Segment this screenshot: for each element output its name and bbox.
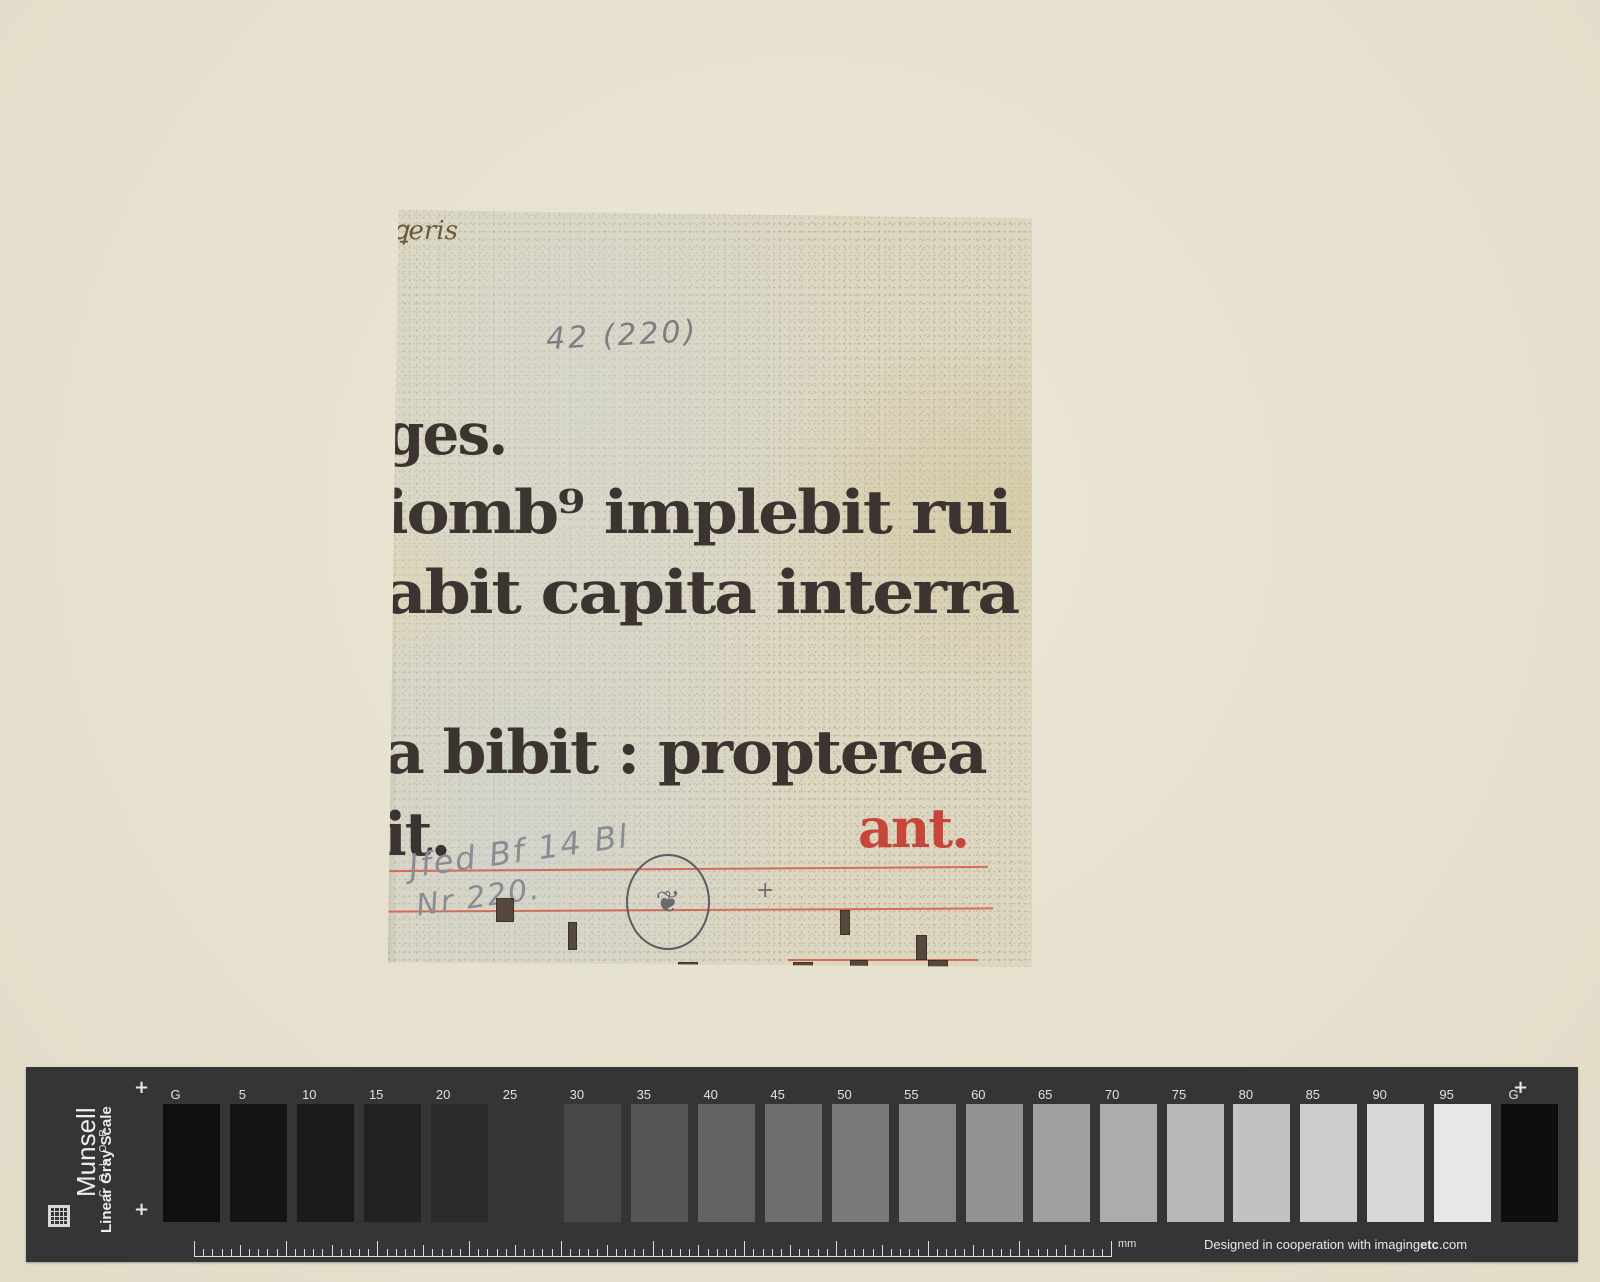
ruler-tick xyxy=(909,1249,910,1257)
gray-patch xyxy=(163,1104,220,1222)
patch-label: 30 xyxy=(548,1087,605,1102)
ruler-tick xyxy=(451,1249,452,1257)
ruler-tick xyxy=(267,1249,268,1257)
gray-patch xyxy=(899,1104,956,1222)
ruler-tick xyxy=(717,1249,718,1257)
ruler-tick xyxy=(460,1249,461,1257)
ruler-tick xyxy=(1028,1249,1029,1257)
gray-patch xyxy=(765,1104,822,1222)
ruler-tick xyxy=(194,1241,195,1257)
staff-line xyxy=(788,959,978,961)
munsell-gray-scale-card: Munsell COLOR Linear Gray Scale + + + + … xyxy=(26,1067,1578,1262)
shelfmark-pencil: 42 (220) xyxy=(545,314,699,357)
ruler-tick xyxy=(964,1249,965,1257)
ruler-tick xyxy=(900,1249,901,1257)
ruler-tick xyxy=(332,1245,333,1257)
ruler-tick xyxy=(1093,1249,1094,1257)
gray-patch xyxy=(1233,1104,1290,1222)
ruler-tick xyxy=(818,1249,819,1257)
patch-label: 25 xyxy=(482,1087,539,1102)
ruler-tick xyxy=(744,1241,745,1257)
ruler-tick xyxy=(937,1249,938,1257)
ruler-unit: mm xyxy=(1118,1238,1136,1250)
gray-patch xyxy=(498,1104,555,1222)
gray-patch xyxy=(1167,1104,1224,1222)
ruler-tick xyxy=(432,1249,433,1257)
ruler-tick xyxy=(1083,1249,1084,1257)
ruler-tick xyxy=(726,1249,727,1257)
eagle-icon: ❦ xyxy=(655,885,680,920)
catchword: ꝗeris xyxy=(392,216,458,246)
ruler-tick xyxy=(781,1249,782,1257)
credit-bold: etc xyxy=(1420,1237,1439,1252)
ruler-tick xyxy=(653,1241,654,1257)
text-line-4: a bibit : propterea xyxy=(384,718,986,788)
manuscript-fragment: ꝗeris 42 (220) ges. iomb⁹ implebit rui a… xyxy=(388,210,1032,970)
pencil-plus-mark: + xyxy=(756,878,774,903)
ruler-tick xyxy=(341,1249,342,1257)
ruler-tick xyxy=(616,1249,617,1257)
ruler-tick xyxy=(240,1245,241,1257)
ruler-tick xyxy=(478,1249,479,1257)
ruler-tick xyxy=(928,1241,929,1257)
ruler-tick xyxy=(836,1241,837,1257)
ruler-tick xyxy=(671,1249,672,1257)
ruler-tick xyxy=(955,1249,956,1257)
ruler-tick xyxy=(1065,1245,1066,1257)
scale-title: Linear Gray Scale xyxy=(98,1106,115,1233)
ruler-tick xyxy=(322,1249,323,1257)
ruler-tick xyxy=(295,1249,296,1257)
ruler-tick xyxy=(286,1241,287,1257)
ruler-tick xyxy=(469,1241,470,1257)
patch-label: 60 xyxy=(950,1087,1007,1102)
library-stamp-icon: ❦ xyxy=(626,854,710,950)
patch-label: 35 xyxy=(615,1087,672,1102)
patch-label: 65 xyxy=(1017,1087,1074,1102)
ruler-tick xyxy=(258,1249,259,1257)
ruler-tick xyxy=(799,1249,800,1257)
ruler-tick xyxy=(387,1249,388,1257)
gray-patch xyxy=(698,1104,755,1222)
music-note xyxy=(678,962,698,969)
patch-label: 55 xyxy=(883,1087,940,1102)
munsell-logo-icon xyxy=(48,1205,70,1227)
patch-label: 15 xyxy=(348,1087,405,1102)
ruler-tick xyxy=(222,1249,223,1257)
ruler-tick xyxy=(689,1249,690,1257)
music-note xyxy=(496,898,514,922)
music-note xyxy=(793,962,813,970)
ruler-tick xyxy=(882,1245,883,1257)
ruler-tick xyxy=(643,1249,644,1257)
ruler-tick xyxy=(442,1249,443,1257)
music-note xyxy=(928,960,948,970)
ruler-tick xyxy=(1074,1249,1075,1257)
patch-label: 5 xyxy=(214,1087,271,1102)
ruler-tick xyxy=(680,1249,681,1257)
patch-label: 40 xyxy=(682,1087,739,1102)
music-note xyxy=(568,922,577,950)
ruler-tick xyxy=(350,1249,351,1257)
gray-patch xyxy=(431,1104,488,1222)
ruler-tick xyxy=(497,1249,498,1257)
ruler-tick xyxy=(973,1245,974,1257)
gray-patch xyxy=(564,1104,621,1222)
music-note xyxy=(916,935,927,960)
ruler-tick xyxy=(662,1249,663,1257)
ruler-tick xyxy=(708,1249,709,1257)
ruler-tick xyxy=(1010,1249,1011,1257)
ruler-tick xyxy=(918,1249,919,1257)
ruler-tick xyxy=(524,1249,525,1257)
ruler-tick xyxy=(808,1249,809,1257)
ruler-tick xyxy=(249,1249,250,1257)
credit-prefix: Designed in cooperation with imaging xyxy=(1204,1237,1420,1252)
ruler-tick xyxy=(607,1245,608,1257)
credit-suffix: .com xyxy=(1439,1237,1467,1252)
ruler-tick xyxy=(845,1249,846,1257)
ruler-tick xyxy=(1019,1241,1020,1257)
ruler-tick xyxy=(753,1249,754,1257)
text-line-1: ges. xyxy=(384,400,506,468)
ruler-tick xyxy=(634,1249,635,1257)
gray-patch xyxy=(1434,1104,1491,1222)
gray-patch xyxy=(364,1104,421,1222)
ruler-tick xyxy=(552,1249,553,1257)
ruler-tick xyxy=(1111,1241,1112,1257)
gray-patch xyxy=(297,1104,354,1222)
ruler-tick xyxy=(1047,1249,1048,1257)
ruler-tick xyxy=(414,1249,415,1257)
ruler-tick xyxy=(396,1249,397,1257)
patch-label: 50 xyxy=(816,1087,873,1102)
ruler-tick xyxy=(873,1249,874,1257)
ruler-tick xyxy=(625,1249,626,1257)
gray-patch xyxy=(631,1104,688,1222)
ruler-tick xyxy=(1056,1249,1057,1257)
ruler-tick xyxy=(763,1249,764,1257)
ruler-tick xyxy=(597,1249,598,1257)
patch-label: 80 xyxy=(1217,1087,1274,1102)
ruler-tick xyxy=(515,1245,516,1257)
ruler-tick xyxy=(212,1249,213,1257)
ruler-tick xyxy=(891,1249,892,1257)
gray-patch xyxy=(1367,1104,1424,1222)
music-note xyxy=(840,910,850,935)
text-line-2: iomb⁹ implebit rui xyxy=(384,478,1010,548)
text-line-3: abit capita interra xyxy=(384,558,1018,628)
ruler-tick xyxy=(533,1249,534,1257)
ruler-tick xyxy=(698,1245,699,1257)
gray-patch xyxy=(1033,1104,1090,1222)
ruler-tick xyxy=(790,1245,791,1257)
mm-ruler xyxy=(194,1237,1111,1257)
ruler-tick xyxy=(368,1249,369,1257)
ruler-tick xyxy=(377,1241,378,1257)
ruler-tick xyxy=(570,1249,571,1257)
ruler-tick xyxy=(405,1249,406,1257)
ruler-tick xyxy=(588,1249,589,1257)
ruler-tick xyxy=(854,1249,855,1257)
ruler-tick xyxy=(231,1249,232,1257)
ruler-tick xyxy=(359,1249,360,1257)
patch-label: 20 xyxy=(415,1087,472,1102)
patch-label: 10 xyxy=(281,1087,338,1102)
brand-name: Munsell xyxy=(74,1107,98,1197)
ruler-tick xyxy=(313,1249,314,1257)
gray-patch xyxy=(230,1104,287,1222)
patch-label: 85 xyxy=(1284,1087,1341,1102)
ruler-tick xyxy=(277,1249,278,1257)
patch-label: 75 xyxy=(1151,1087,1208,1102)
ruler-tick xyxy=(561,1241,562,1257)
ruler-tick xyxy=(579,1249,580,1257)
ruler-tick xyxy=(542,1249,543,1257)
patch-label: 70 xyxy=(1084,1087,1141,1102)
patch-label: G xyxy=(147,1087,204,1102)
patch-label: G xyxy=(1485,1087,1542,1102)
gray-patch xyxy=(1300,1104,1357,1222)
gray-patch xyxy=(1100,1104,1157,1222)
ruler-tick xyxy=(827,1249,828,1257)
music-note xyxy=(850,960,868,970)
ruler-tick xyxy=(203,1249,204,1257)
ruler-tick xyxy=(735,1249,736,1257)
ruler-tick xyxy=(983,1249,984,1257)
ruler-tick xyxy=(772,1249,773,1257)
gray-patch xyxy=(832,1104,889,1222)
ruler-tick xyxy=(1001,1249,1002,1257)
ruler-tick xyxy=(1102,1249,1103,1257)
ruler-tick xyxy=(423,1245,424,1257)
ruler-tick xyxy=(992,1249,993,1257)
patch-label: 95 xyxy=(1418,1087,1475,1102)
credit-text: Designed in cooperation with imagingetc.… xyxy=(1204,1237,1467,1252)
registration-mark-icon: + xyxy=(134,1199,149,1220)
ruler-tick xyxy=(863,1249,864,1257)
patch-label: 45 xyxy=(749,1087,806,1102)
ruler-tick xyxy=(304,1249,305,1257)
ruler-tick xyxy=(1038,1249,1039,1257)
gray-patch xyxy=(1501,1104,1558,1222)
gray-patch xyxy=(966,1104,1023,1222)
ruler-tick xyxy=(946,1249,947,1257)
ruler-tick xyxy=(487,1249,488,1257)
patch-label: 90 xyxy=(1351,1087,1408,1102)
ruler-tick xyxy=(506,1249,507,1257)
rubric-antiphon: ant. xyxy=(858,796,968,860)
